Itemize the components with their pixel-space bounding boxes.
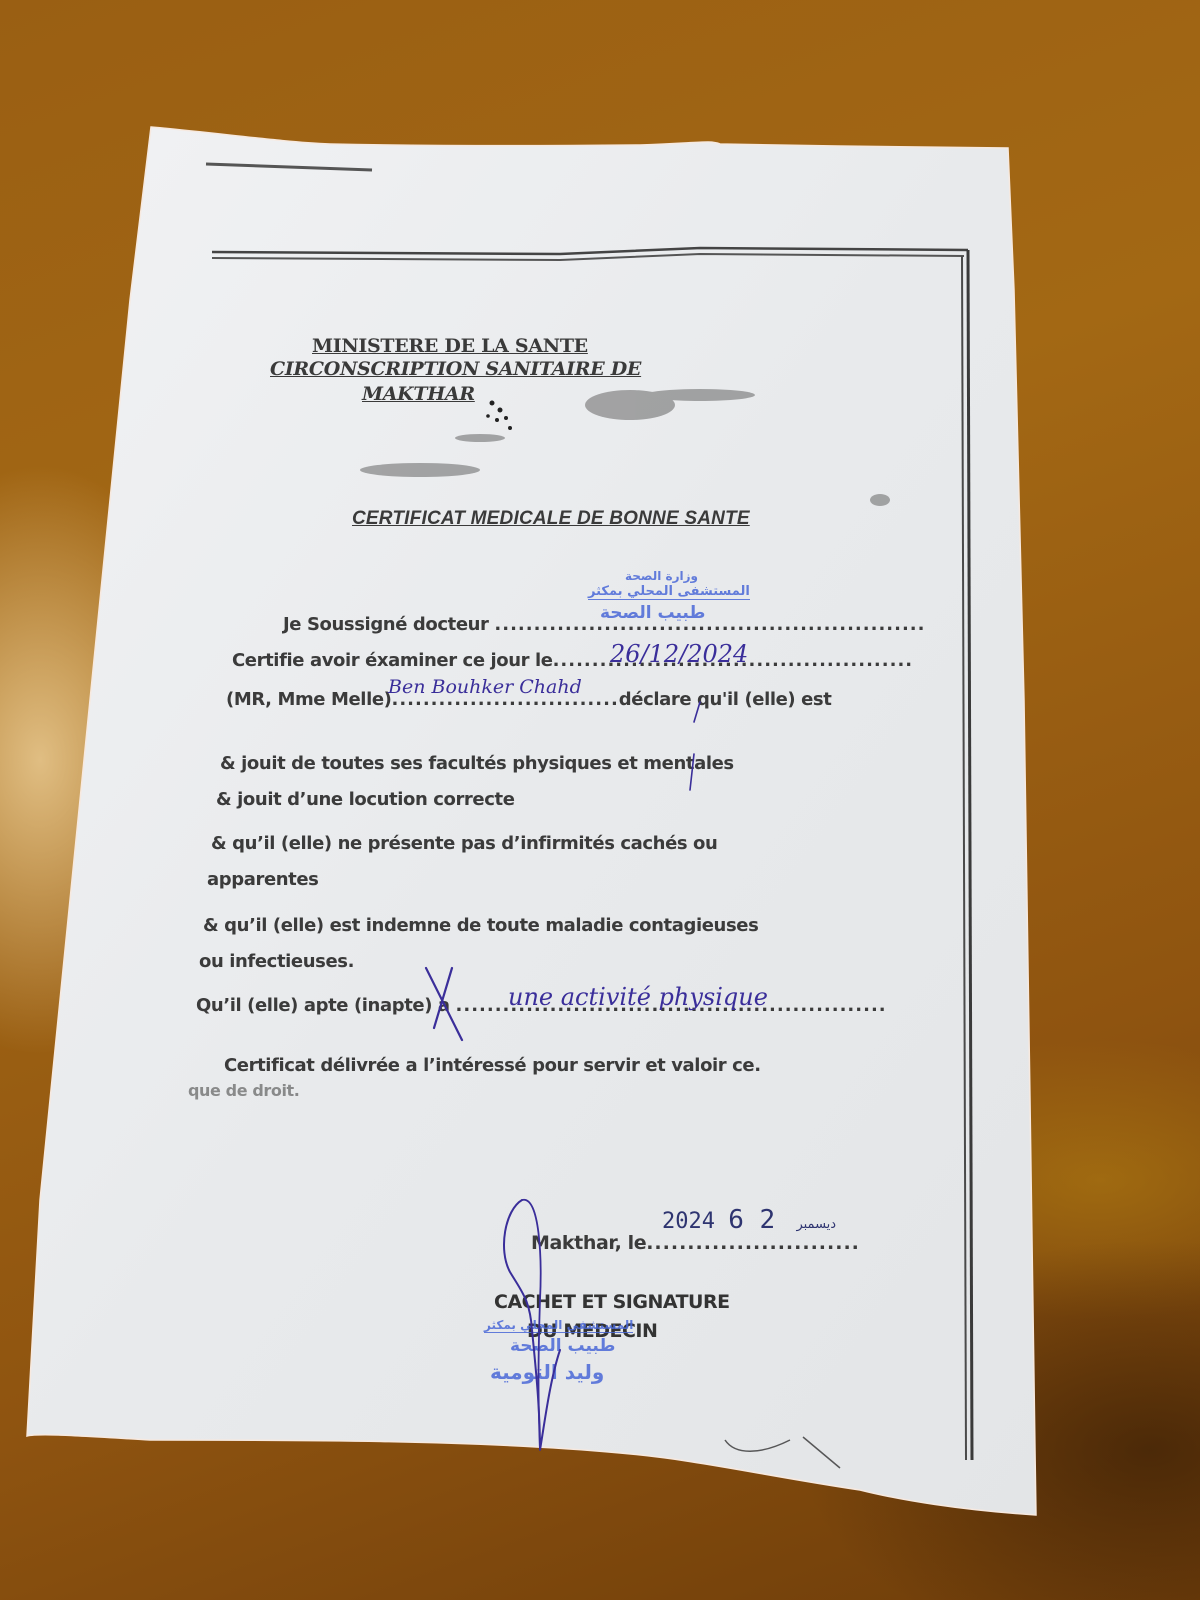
handwriting-strokes bbox=[0, 0, 1200, 1600]
medical-certificate: MINISTERE DE LA SANTE CIRCONSCRIPTION SA… bbox=[0, 0, 1200, 1600]
strike-mark-icon bbox=[426, 968, 462, 1040]
